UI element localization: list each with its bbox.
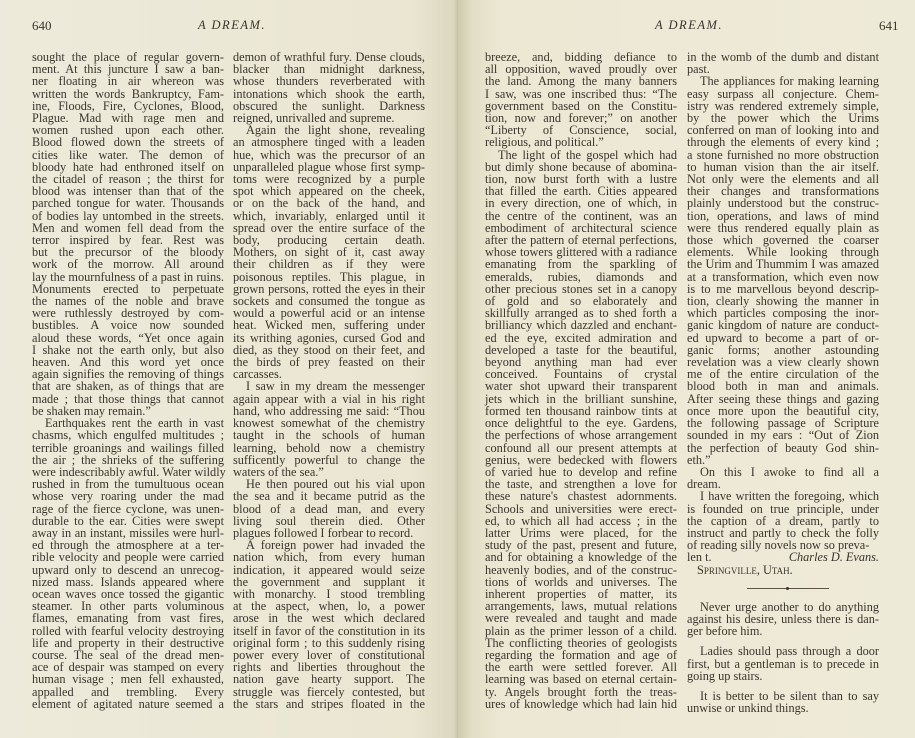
text-line: The appliances for making learning <box>687 75 879 87</box>
text-line: in every direction, one of which, in <box>485 197 677 209</box>
paragraph: breeze, and, bidding defiance toall oppo… <box>485 51 677 149</box>
text-line: is founded on true principle, under <box>687 503 879 515</box>
text-line: rolled with fearful velocity destroying <box>32 625 224 637</box>
text-line: terrible groanings and wailings filled <box>32 442 224 454</box>
text-line: hue, which was the precursor of an <box>233 149 425 161</box>
text-line: appalled and trembling. Every <box>32 686 224 698</box>
left-page-column-1: sought the place of regular govern-ment.… <box>32 51 224 710</box>
text-line: I have written the foregoing, which <box>687 490 879 502</box>
text-line: the centre of the continent, was an <box>485 210 677 222</box>
text-line: emanating from the sparkling of <box>485 258 677 270</box>
text-line: work of the morrow. All around <box>32 258 224 270</box>
signature-line: len t. Charles D. Evans. <box>687 551 879 563</box>
text-line: ganic kingdom of nature are conduct- <box>687 319 879 331</box>
text-line: the perfection of beauty God shin- <box>687 442 879 454</box>
page-number: 640 <box>32 18 52 34</box>
text-line: an atmosphere tinged with a leaden <box>233 136 425 148</box>
text-line: religious, and political.” <box>485 136 677 148</box>
paragraph: He then poured out his vial uponthe sea … <box>233 478 425 539</box>
last-line-fragment: len t. <box>687 551 712 563</box>
text-line: these nature's chastest adornments. <box>485 490 677 502</box>
section-divider <box>747 588 829 589</box>
running-title: A DREAM. <box>655 18 723 33</box>
paragraph: A foreign power had invaded thenation wh… <box>233 539 425 710</box>
maxim: Ladies should pass through a doorfirst, … <box>687 645 879 682</box>
text-line: The light of the gospel which had <box>485 149 677 161</box>
right-page: A DREAM. 641 breeze, and, bidding defian… <box>458 0 915 738</box>
text-line: whose very roaring under the mad <box>32 490 224 502</box>
text-line: element of agitated nature seemed a <box>32 698 224 710</box>
text-line: or on the back of the hand, and <box>233 197 425 209</box>
text-line: easy surpass all conjecture. Chem- <box>687 88 879 100</box>
text-line: the stars and stripes floated in the <box>233 698 425 710</box>
text-line: the sea and it became putrid as the <box>233 490 425 502</box>
left-page-column-2: demon of wrathful fury. Dense clouds,bla… <box>233 51 425 710</box>
text-line: ner floating in air whereon was <box>32 75 224 87</box>
paragraph: Again the light shone, revealingan atmos… <box>233 124 425 380</box>
text-line: tion, operations, and laws of mind <box>687 210 879 222</box>
text-line: human visage ; men fell exhausted, <box>32 673 224 685</box>
text-line: the land. Among the many banners <box>485 75 677 87</box>
text-line: and for obtaining a knowledge of the <box>485 551 677 563</box>
text-line: water shot upward their transparent <box>485 380 677 392</box>
text-line: through the elements of every kind ; <box>687 136 879 148</box>
author-signature: Charles D. Evans. <box>789 551 879 563</box>
text-line: nation which, from every human <box>233 551 425 563</box>
text-line: the Urim and Thummim I was amazed <box>687 258 879 270</box>
text-line: plain as the primer lesson of a child. <box>485 625 677 637</box>
text-line: going up stairs. <box>687 670 879 682</box>
text-line: heavenly bodies, and of the construc- <box>485 564 677 576</box>
paragraph: Earthquakes rent the earth in vastchasms… <box>32 417 224 710</box>
text-line: itself in favor of the constitution in i… <box>233 625 425 637</box>
maxims: Never urge another to do anythingagainst… <box>687 601 879 715</box>
text-line: brilliancy which dazzled and enchant- <box>485 319 677 331</box>
text-line: I saw, was one inscribed thus: “The <box>485 88 677 100</box>
text-line: rage of the fierce cyclone, was unen- <box>32 503 224 515</box>
text-line: which, invariably, enlarged until it <box>233 210 425 222</box>
text-line: intonations which shook the earth, <box>233 88 425 100</box>
text-line: first, but a gentleman is to precede in <box>687 658 879 670</box>
text-line: cities like water. The demon of <box>32 149 224 161</box>
maxim: Never urge another to do anythingagainst… <box>687 601 879 638</box>
paragraph: sought the place of regular govern-ment.… <box>32 51 224 417</box>
text-line: I saw in my dream the messenger <box>233 380 425 392</box>
text-line: upward only to descend an unrecog- <box>32 564 224 576</box>
text-line: learning was based on eternal certain- <box>485 673 677 685</box>
text-line: ger before him. <box>687 625 879 637</box>
text-line: written the words Bankruptcy, Fam- <box>32 88 224 100</box>
running-title: A DREAM. <box>198 18 266 33</box>
text-line: the perfections of whose arrangement <box>485 429 677 441</box>
text-line: ures of knowledge which had lain hid <box>485 698 677 710</box>
text-line: in the womb of the dumb and distant <box>687 51 879 63</box>
text-line: whose thunders reverberated with <box>233 75 425 87</box>
paragraph: demon of wrathful fury. Dense clouds,bla… <box>233 51 425 124</box>
paragraph: I have written the foregoing, whichis fo… <box>687 490 879 551</box>
paragraph: The appliances for making learningeasy s… <box>687 75 879 466</box>
right-page-column-2: in the womb of the dumb and distantpast.… <box>687 51 879 722</box>
text-line: unwise or unkind things. <box>687 702 879 714</box>
text-line: their children as if they were <box>233 258 425 270</box>
text-line: indication, it appeared would seize <box>233 564 425 576</box>
text-line: confound all our present attempts at <box>485 442 677 454</box>
text-line: sounded in my ears : “Out of Zion <box>687 429 879 441</box>
text-line: that are shaken, as of things that are <box>32 380 224 392</box>
paragraph: in the womb of the dumb and distantpast. <box>687 51 879 75</box>
text-line: Schools and universities were erect- <box>485 503 677 515</box>
text-line: chasms, which engulfed multitudes ; <box>32 429 224 441</box>
paragraph: I saw in my dream the messengeragain app… <box>233 380 425 478</box>
text-line: ty. Angels brought forth the treas- <box>485 686 677 698</box>
author-place: Springville, Utah. <box>687 564 879 576</box>
text-line: were revealed and taught and made <box>485 612 677 624</box>
text-line: nation gave hearty support. The <box>233 673 425 685</box>
text-line: flames, emanating from vast fires, <box>32 612 224 624</box>
text-line: learning, behold now a chemistry <box>233 442 425 454</box>
text-line: arose in the west which declared <box>233 612 425 624</box>
text-line: of bodies lay untombed in the streets. <box>32 210 224 222</box>
text-line: parched tongue for water. Thousands <box>32 197 224 209</box>
text-line: struggle was fiercely contested, but <box>233 686 425 698</box>
right-page-column-1: breeze, and, bidding defiance toall oppo… <box>485 51 677 710</box>
left-page: 640 A DREAM. sought the place of regular… <box>0 0 458 738</box>
text-line: bustibles. A voice now sounded <box>32 319 224 331</box>
text-line: rible velocity and people were carried <box>32 551 224 563</box>
text-line: heat. Wicked men, suffering under <box>233 319 425 331</box>
paragraph: On this I awoke to find all adream. <box>687 466 879 490</box>
text-line: taught in the schools of human <box>233 429 425 441</box>
paragraph: The light of the gospel which hadbut dim… <box>485 149 677 710</box>
article-ending: in the womb of the dumb and distantpast.… <box>687 51 879 551</box>
text-line: a stone furnished no more obstruction <box>687 149 879 161</box>
text-line: blood of a dead man, and every <box>233 503 425 515</box>
text-line: Ladies should pass through a door <box>687 645 879 657</box>
text-line: plainly understood but the construc- <box>687 197 879 209</box>
text-line: blood both in man and animals. <box>687 380 879 392</box>
page-number: 641 <box>879 18 899 34</box>
maxim: It is better to be silent than to sayunw… <box>687 690 879 714</box>
text-line: Blood flowed down the streets of <box>32 136 224 148</box>
